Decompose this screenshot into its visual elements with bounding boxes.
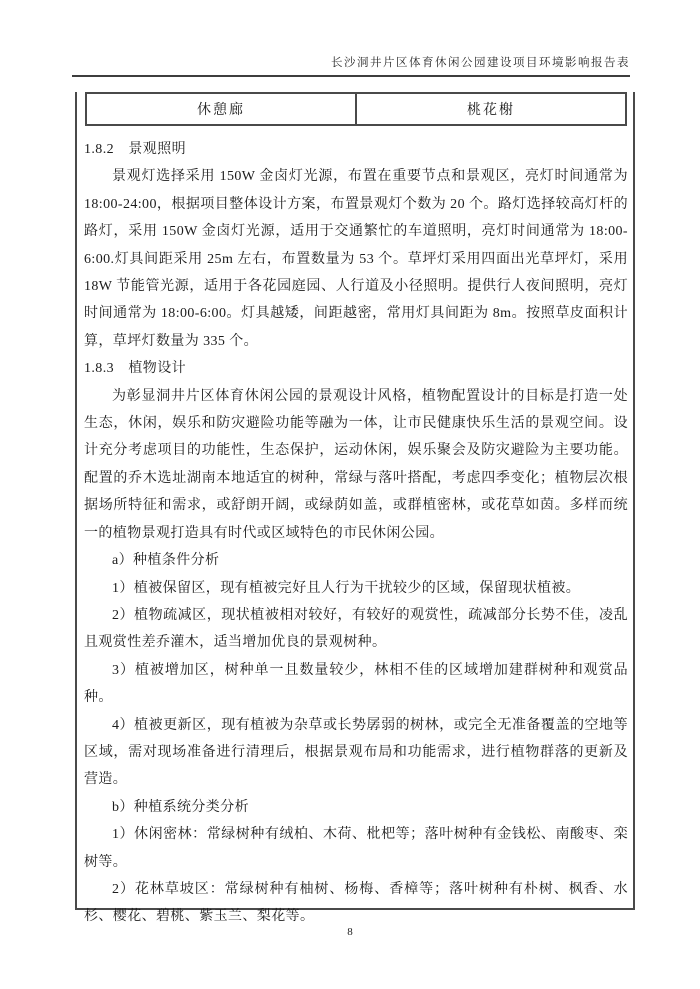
paragraph-plant-design: 为彰显洞井片区体育休闲公园的景观设计风格，植物配置设计的目标是打造一处生态，休闲… [84,383,628,547]
paragraph-lighting: 景观灯选择采用 150W 金卤灯光源，布置在重要节点和景观区，亮灯时间通常为 1… [84,163,628,355]
list-heading-a: a）种植条件分析 [84,547,628,574]
list-heading-b: b）种植系统分类分析 [84,794,628,821]
list-item-b1: 1）休闲密林：常绿树种有绒柏、木荷、枇杷等；落叶树种有金钱松、南酸枣、栾树等。 [84,821,628,876]
list-item-a3: 3）植被增加区，树种单一且数量较少，林相不佳的区域增加建群树种和观赏品种。 [84,657,628,712]
section-heading-183: 1.8.3 植物设计 [84,355,628,382]
list-item-b2: 2）花林草坡区：常绿树种有柚树、杨梅、香樟等；落叶树种有朴树、枫香、水杉、樱花、… [84,876,628,931]
table-cell-rest-corridor: 休憩廊 [87,94,355,124]
list-item-a2: 2）植物疏减区，现状植被相对较好，有较好的观赏性，疏减部分长势不佳，凌乱且观赏性… [84,602,628,657]
report-table: 休憩廊 桃花榭 1.8.2 景观照明 景观灯选择采用 150W 金卤灯光源，布置… [75,92,635,910]
list-item-a4: 4）植被更新区，现有植被为杂草或长势孱弱的树林，或完全无准备覆盖的空地等区域，需… [84,712,628,794]
document-page: 长沙洞井片区体育休闲公园建设项目环境影响报告表 休憩廊 桃花榭 1.8.2 景观… [0,0,700,989]
header-rule [72,75,630,77]
list-item-a1: 1）植被保留区，现有植被完好且人行为干扰较少的区域，保留现状植被。 [84,575,628,602]
page-number: 8 [0,926,700,938]
table-cell-peach-pavilion: 桃花榭 [355,94,625,124]
table-body-cell: 1.8.2 景观照明 景观灯选择采用 150W 金卤灯光源，布置在重要节点和景观… [84,136,628,931]
table-continuation-row: 休憩廊 桃花榭 [85,92,627,126]
section-heading-182: 1.8.2 景观照明 [84,136,628,163]
header-title: 长沙洞井片区体育休闲公园建设项目环境影响报告表 [331,54,630,70]
